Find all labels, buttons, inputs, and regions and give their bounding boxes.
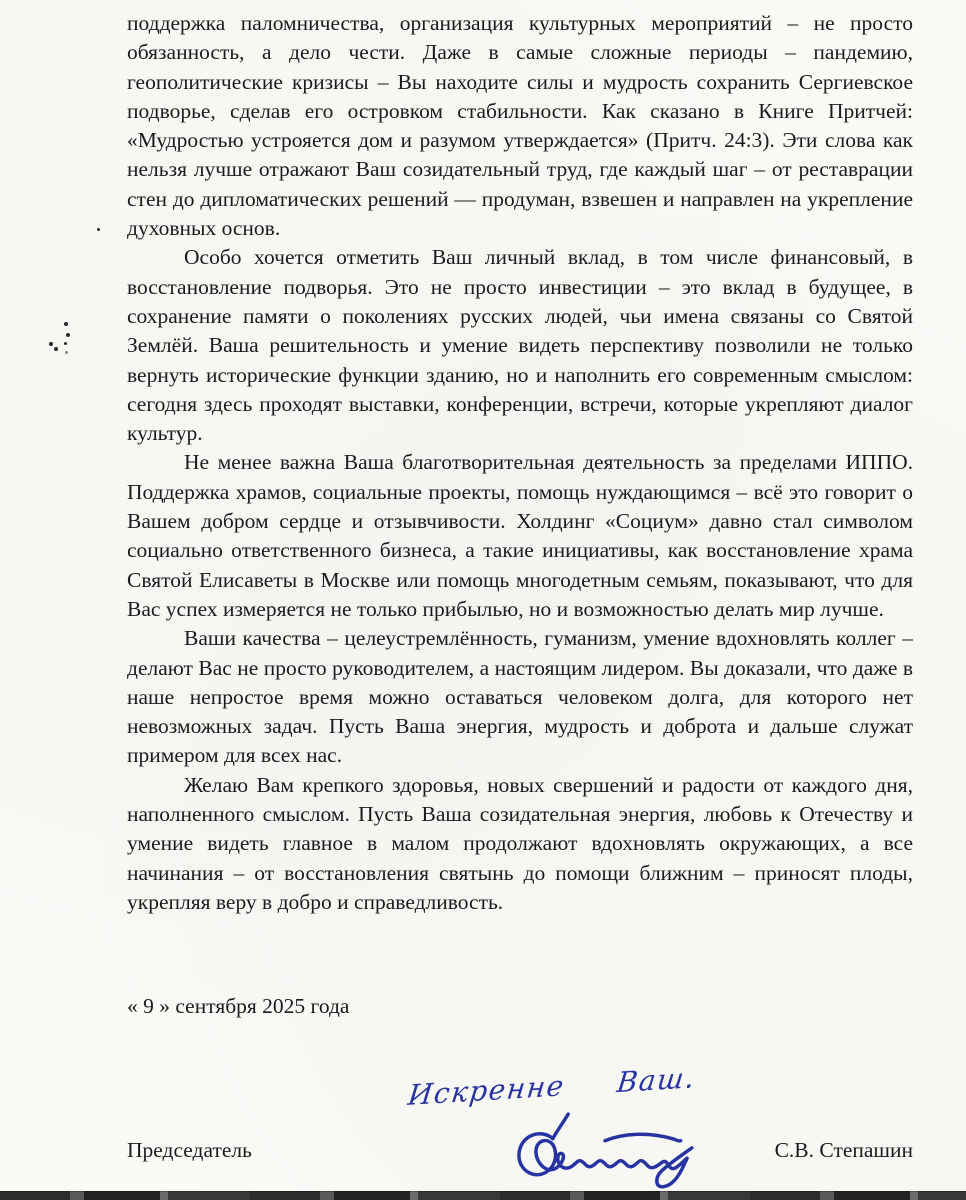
- scan-artifact-dot: [97, 228, 100, 231]
- scan-artifact-dot: [49, 342, 53, 346]
- scan-edge-artifact: [0, 1191, 966, 1200]
- letter-paragraph-5: Желаю Вам крепкого здоровья, новых сверш…: [127, 771, 913, 917]
- scan-artifact-dot: [64, 322, 68, 326]
- handwritten-note: Искренне Ваш.: [406, 1061, 697, 1112]
- letter-paragraph-1: поддержка паломничества, организация кул…: [127, 9, 913, 243]
- signature-autograph: [502, 1108, 712, 1200]
- scan-artifact-dot: [66, 333, 70, 337]
- scan-artifact-dot: [64, 342, 67, 345]
- date-line: « 9 » сентября 2025 года: [127, 994, 349, 1019]
- scanned-letter-page: поддержка паломничества, организация кул…: [0, 0, 966, 1200]
- letter-paragraph-3: Не менее важна Ваша благотворительная де…: [127, 448, 913, 624]
- signatory-name: С.В. Степашин: [775, 1138, 913, 1163]
- scan-artifact-dot: [65, 351, 68, 354]
- scan-artifact-dot: [54, 347, 58, 351]
- letter-paragraph-2: Особо хочется отметить Ваш личный вклад,…: [127, 243, 913, 448]
- letter-paragraph-4: Ваши качества – целеустремлённость, гума…: [127, 624, 913, 770]
- letter-body: поддержка паломничества, организация кул…: [127, 9, 913, 917]
- signatory-title: Председатель: [127, 1138, 252, 1163]
